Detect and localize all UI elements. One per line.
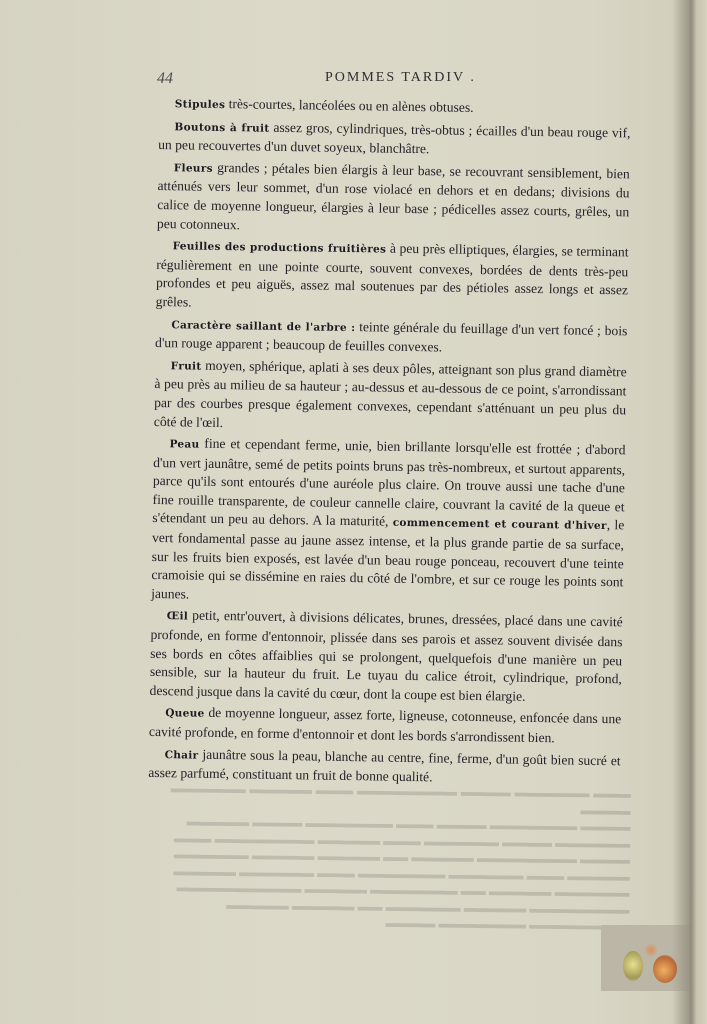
paragraph-feuilles: Feuilles des productions fruitières à pe… (156, 236, 629, 319)
paragraph-caractere: Caractère saillant de l'arbre : teinte g… (155, 315, 628, 361)
paragraph-lead: Fruit (171, 360, 202, 372)
page-edge (691, 0, 707, 1024)
paragraph-lead: Peau (169, 438, 199, 450)
show-through-text: ▬▬▬ ▬▬▬▬▬▬ ▬▬▬▬ ▬▬▬▬▬▬▬▬ ▬▬▬ ▬▬▬▬▬ ▬▬▬▬▬… (169, 780, 631, 934)
paragraph-fleurs: Fleurs grandes ; pétales bien élargis à … (157, 158, 630, 241)
paragraph-queue: Queue de moyenne longueur, assez forte, … (149, 703, 622, 749)
paragraph-lead: Boutons à fruit (174, 121, 269, 134)
paragraph-lead: Queue (165, 708, 204, 721)
inline-bold-season: commencement et courant d'hiver (393, 517, 607, 532)
page-header: 44 POMMES TARDIV . (157, 68, 627, 88)
fruit-icon (645, 943, 657, 957)
paragraph-boutons: Boutons à fruit assez gros, cylindriques… (158, 117, 631, 163)
paragraph-body: de moyenne longueur, assez forte, ligneu… (149, 705, 621, 745)
paragraph-lead: Chair (165, 749, 199, 762)
paragraph-oeil: Œil petit, entr'ouvert, à divisions déli… (149, 606, 622, 707)
paragraph-fruit: Fruit moyen, sphérique, aplati à ses deu… (154, 356, 627, 439)
paragraph-body: grandes ; pétales bien élargis à leur ba… (157, 160, 630, 232)
paragraph-body: fine et cependant ferme, unie, bien bril… (152, 436, 625, 529)
book-page: 44 POMMES TARDIV . Stipules très-courtes… (0, 0, 694, 1024)
paragraph-body: jaunâtre sous la peau, blanche au centre… (148, 746, 620, 784)
fruit-icon (623, 951, 643, 981)
paragraph-body: petit, entr'ouvert, à divisions délicate… (150, 608, 623, 704)
paragraph-body: moyen, sphérique, aplati à ses deux pôle… (154, 357, 627, 429)
paragraph-lead: Feuilles des productions fruitières (173, 240, 387, 255)
paragraph-lead: Fleurs (174, 162, 213, 175)
paragraph-peau: Peau fine et cependant ferme, unie, bien… (151, 434, 626, 611)
body-text: Stipules très-courtes, lancéolées ou en … (148, 94, 631, 793)
paragraph-lead: Stipules (175, 98, 226, 111)
page-number: 44 (157, 70, 173, 88)
paragraph-body: très-courtes, lancéolées ou en alènes ob… (225, 96, 474, 115)
running-head: POMMES TARDIV . (325, 70, 476, 86)
paragraph-lead: Caractère saillant de l'arbre : (171, 319, 355, 334)
paragraph-lead: Œil (167, 611, 188, 623)
